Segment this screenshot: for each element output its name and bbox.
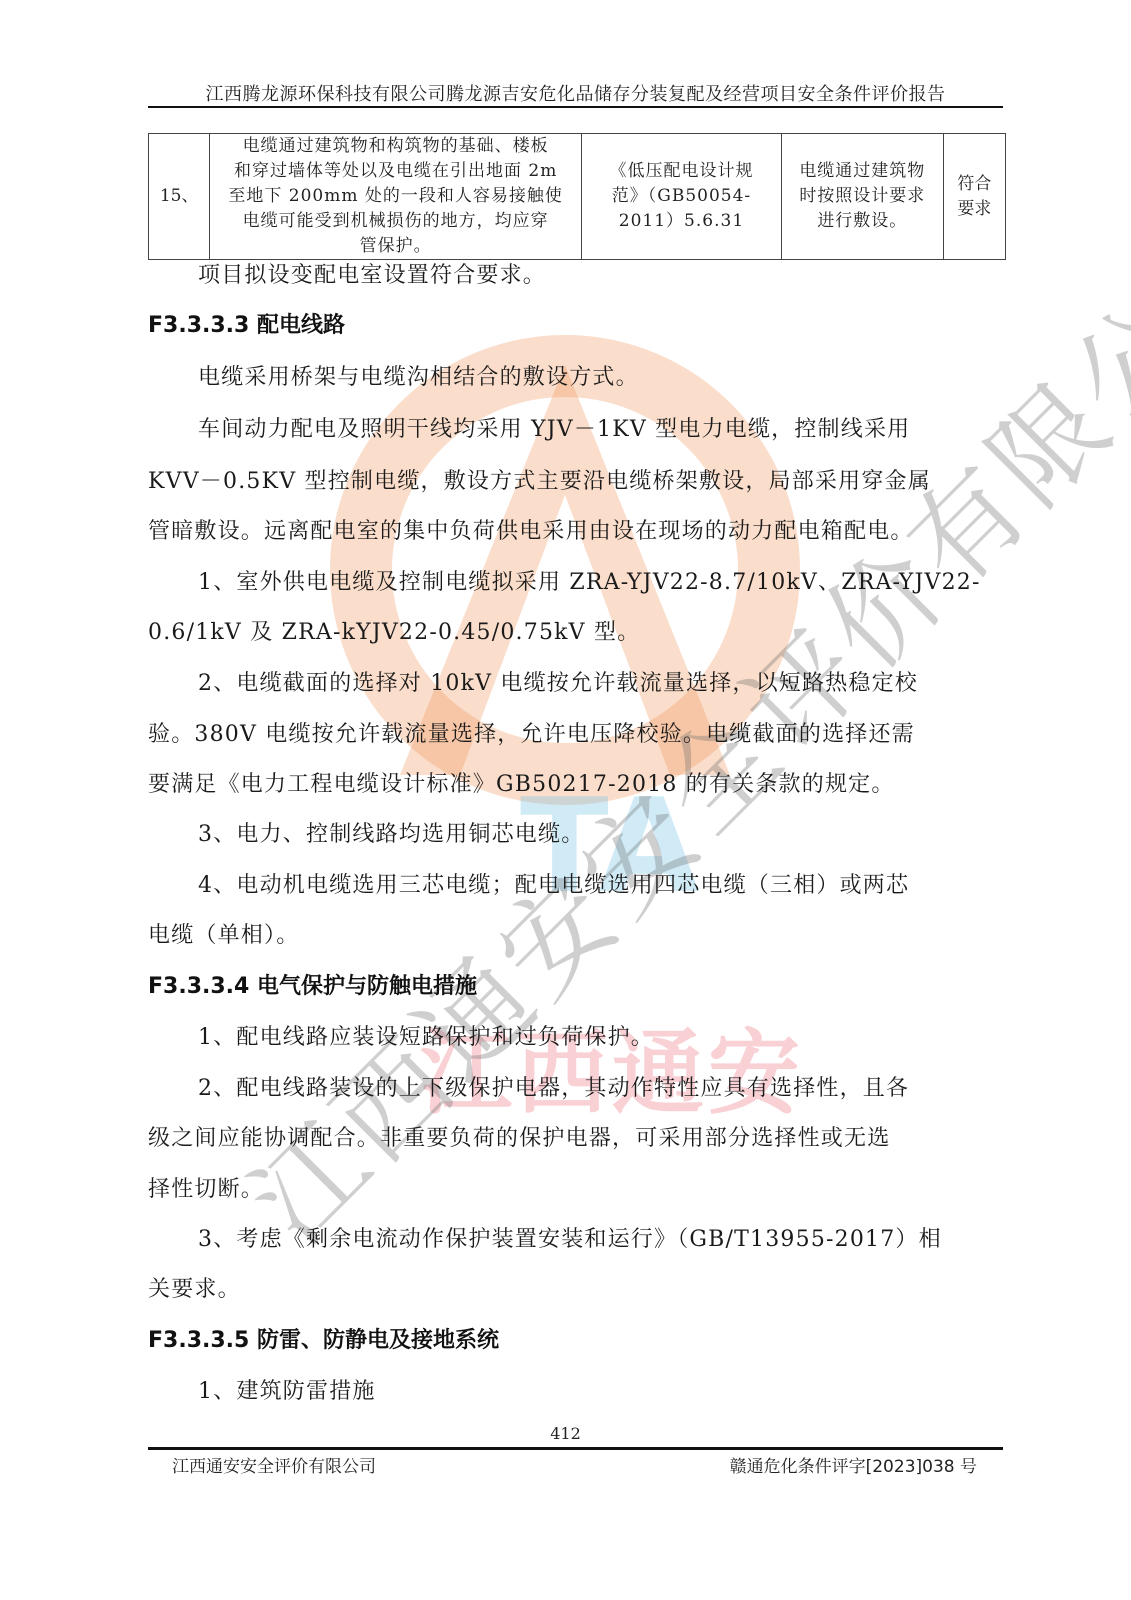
header-rule	[148, 106, 1003, 108]
paragraph-line: 4、电动机电缆选用三芯电缆；配电电缆选用四芯电缆（三相）或两芯	[148, 860, 1053, 912]
paragraph-line: 级之间应能协调配合。非重要负荷的保护电器，可采用部分选择性或无选	[148, 1113, 1003, 1165]
paragraph-line: 电缆采用桥架与电缆沟相结合的敷设方式。	[148, 352, 1053, 404]
paragraph-line: KVV－0.5KV 型控制电缆，敷设方式主要沿电缆桥架敷设，局部采用穿金属	[148, 456, 1003, 508]
conclusion-text: 项目拟设变配电室设置符合要求。	[148, 250, 1053, 302]
cell-item-number: 15、	[149, 134, 210, 260]
requirement-line: 电缆可能受到机械损伤的地方，均应穿	[216, 209, 575, 234]
paragraph-line: 验。380V 电缆按允许载流量选择，允许电压降校验。电缆截面的选择还需	[148, 709, 1003, 761]
status-line: 电缆通过建筑物	[788, 159, 937, 184]
cell-basis: 《低压配电设计规 范》（GB50054- 2011）5.6.31	[582, 134, 782, 260]
paragraph-line: 择性切断。	[148, 1164, 1003, 1216]
section-heading-f3-3-3-5: F3.3.3.5 防雷、防静电及接地系统	[148, 1315, 1003, 1367]
basis-line: 范》（GB50054-	[588, 184, 775, 209]
cell-result: 符合 要求	[943, 134, 1005, 260]
document-page: TA 江西通安 江西通安安全评价有限公司 江西腾龙源环保科技有限公司腾龙源吉安危…	[0, 0, 1131, 1600]
paragraph-line: 3、考虑《剩余电流动作保护装置安装和运行》（GB/T13955-2017）相	[148, 1214, 1053, 1266]
result-line: 符合	[950, 172, 999, 197]
running-header-title: 江西腾龙源环保科技有限公司腾龙源吉安危化品储存分装复配及经营项目安全条件评价报告	[148, 80, 1003, 106]
requirement-line: 电缆通过建筑物和构筑物的基础、楼板	[216, 134, 575, 159]
paragraph-line: 1、建筑防雷措施	[148, 1366, 1053, 1418]
paragraph-line: 2、电缆截面的选择对 10kV 电缆按允许载流量选择，以短路热稳定校	[148, 658, 1053, 710]
result-line: 要求	[950, 197, 999, 222]
page-number: 412	[0, 1424, 1131, 1443]
paragraph-line: 2、配电线路装设的上下级保护电器，其动作特性应具有选择性，且各	[148, 1063, 1053, 1115]
paragraph-line: 电缆（单相）。	[148, 910, 1003, 962]
cell-requirement: 电缆通过建筑物和构筑物的基础、楼板 和穿过墙体等处以及电缆在引出地面 2m 至地…	[210, 134, 582, 260]
section-heading-f3-3-3-3: F3.3.3.3 配电线路	[148, 300, 1003, 352]
basis-line: 《低压配电设计规	[588, 159, 775, 184]
paragraph-line: 1、配电线路应装设短路保护和过负荷保护。	[148, 1012, 1053, 1064]
evaluation-table: 15、 电缆通过建筑物和构筑物的基础、楼板 和穿过墙体等处以及电缆在引出地面 2…	[148, 133, 1006, 260]
requirement-line: 和穿过墙体等处以及电缆在引出地面 2m	[216, 159, 575, 184]
status-line: 时按照设计要求	[788, 184, 937, 209]
paragraph-line: 3、电力、控制线路均选用铜芯电缆。	[148, 809, 1053, 861]
status-line: 进行敷设。	[788, 209, 937, 234]
paragraph-line: 要满足《电力工程电缆设计标准》GB50217-2018 的有关条款的规定。	[148, 759, 1003, 811]
footer-document-number: 赣通危化条件评字[2023]038 号	[730, 1452, 977, 1477]
table-row: 15、 电缆通过建筑物和构筑物的基础、楼板 和穿过墙体等处以及电缆在引出地面 2…	[149, 134, 1006, 260]
footer-company: 江西通安安全评价有限公司	[172, 1452, 376, 1477]
paragraph-line: 管暗敷设。远离配电室的集中负荷供电采用由设在现场的动力配电箱配电。	[148, 506, 1003, 558]
paragraph-line: 车间动力配电及照明干线均采用 YJV－1KV 型电力电缆，控制线采用	[148, 404, 1053, 456]
paragraph-line: 关要求。	[148, 1264, 1003, 1316]
footer-rule	[148, 1447, 1003, 1450]
cell-actual-status: 电缆通过建筑物 时按照设计要求 进行敷设。	[781, 134, 943, 260]
paragraph-line: 1、室外供电电缆及控制电缆拟采用 ZRA-YJV22-8.7/10kV、ZRA-…	[148, 557, 1053, 609]
requirement-line: 至地下 200mm 处的一段和人容易接触使	[216, 184, 575, 209]
paragraph-line: 0.6/1kV 及 ZRA-kYJV22-0.45/0.75kV 型。	[148, 607, 1003, 659]
basis-line: 2011）5.6.31	[588, 209, 775, 234]
section-heading-f3-3-3-4: F3.3.3.4 电气保护与防触电措施	[148, 961, 1003, 1013]
